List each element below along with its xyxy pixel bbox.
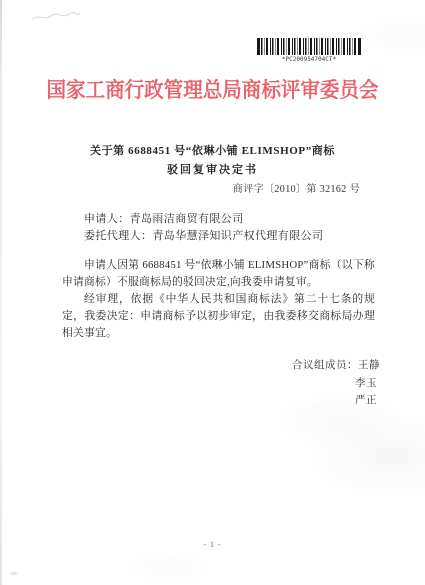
document-subject-line1: 关于第 6688451 号“依琳小铺 ELIMSHOP”商标	[0, 142, 425, 158]
issuing-authority-title: 国家工商行政管理总局商标评审委员会	[15, 74, 410, 104]
panel-members-block: 合议组成员：王静 李玉 严正	[292, 357, 380, 410]
agent-line: 委托代理人：青岛华慧泽知识产权代理有限公司	[84, 227, 323, 243]
barcode-bars-icon	[257, 38, 361, 55]
document-number: 商评字〔2010〕第 32162 号	[233, 180, 360, 195]
document-subject-line2: 驳回复审决定书	[0, 161, 425, 177]
panel-member-2: 李玉	[292, 375, 380, 393]
decision-body: 申请人因第 6688451 号“依琳小铺 ELIMSHOP”商标（以下称申请商标…	[62, 257, 375, 342]
scan-edge-shadow	[0, 0, 2, 585]
barcode-label: *PC200954704CT*	[257, 56, 361, 63]
scan-speck	[9, 571, 19, 576]
applicant-line: 申请人：青岛雨洁商贸有限公司	[84, 210, 244, 226]
page-number: - 1 -	[0, 540, 425, 549]
body-paragraph-2: 经审理，依据《中华人民共和国商标法》第二十七条的规定，我委决定：申请商标予以初步…	[62, 291, 375, 342]
panel-member-3: 严正	[292, 392, 380, 410]
body-paragraph-1: 申请人因第 6688451 号“依琳小铺 ELIMSHOP”商标（以下称申请商标…	[62, 257, 375, 291]
panel-member-1: 王静	[358, 360, 380, 371]
scanned-document-page: *PC200954704CT* 国家工商行政管理总局商标评审委员会 关于第 66…	[0, 0, 425, 585]
panel-label: 合议组成员：	[292, 360, 358, 371]
panel-member-line: 合议组成员：王静	[292, 357, 380, 375]
pencil-mark	[30, 9, 82, 25]
barcode: *PC200954704CT*	[257, 38, 361, 63]
